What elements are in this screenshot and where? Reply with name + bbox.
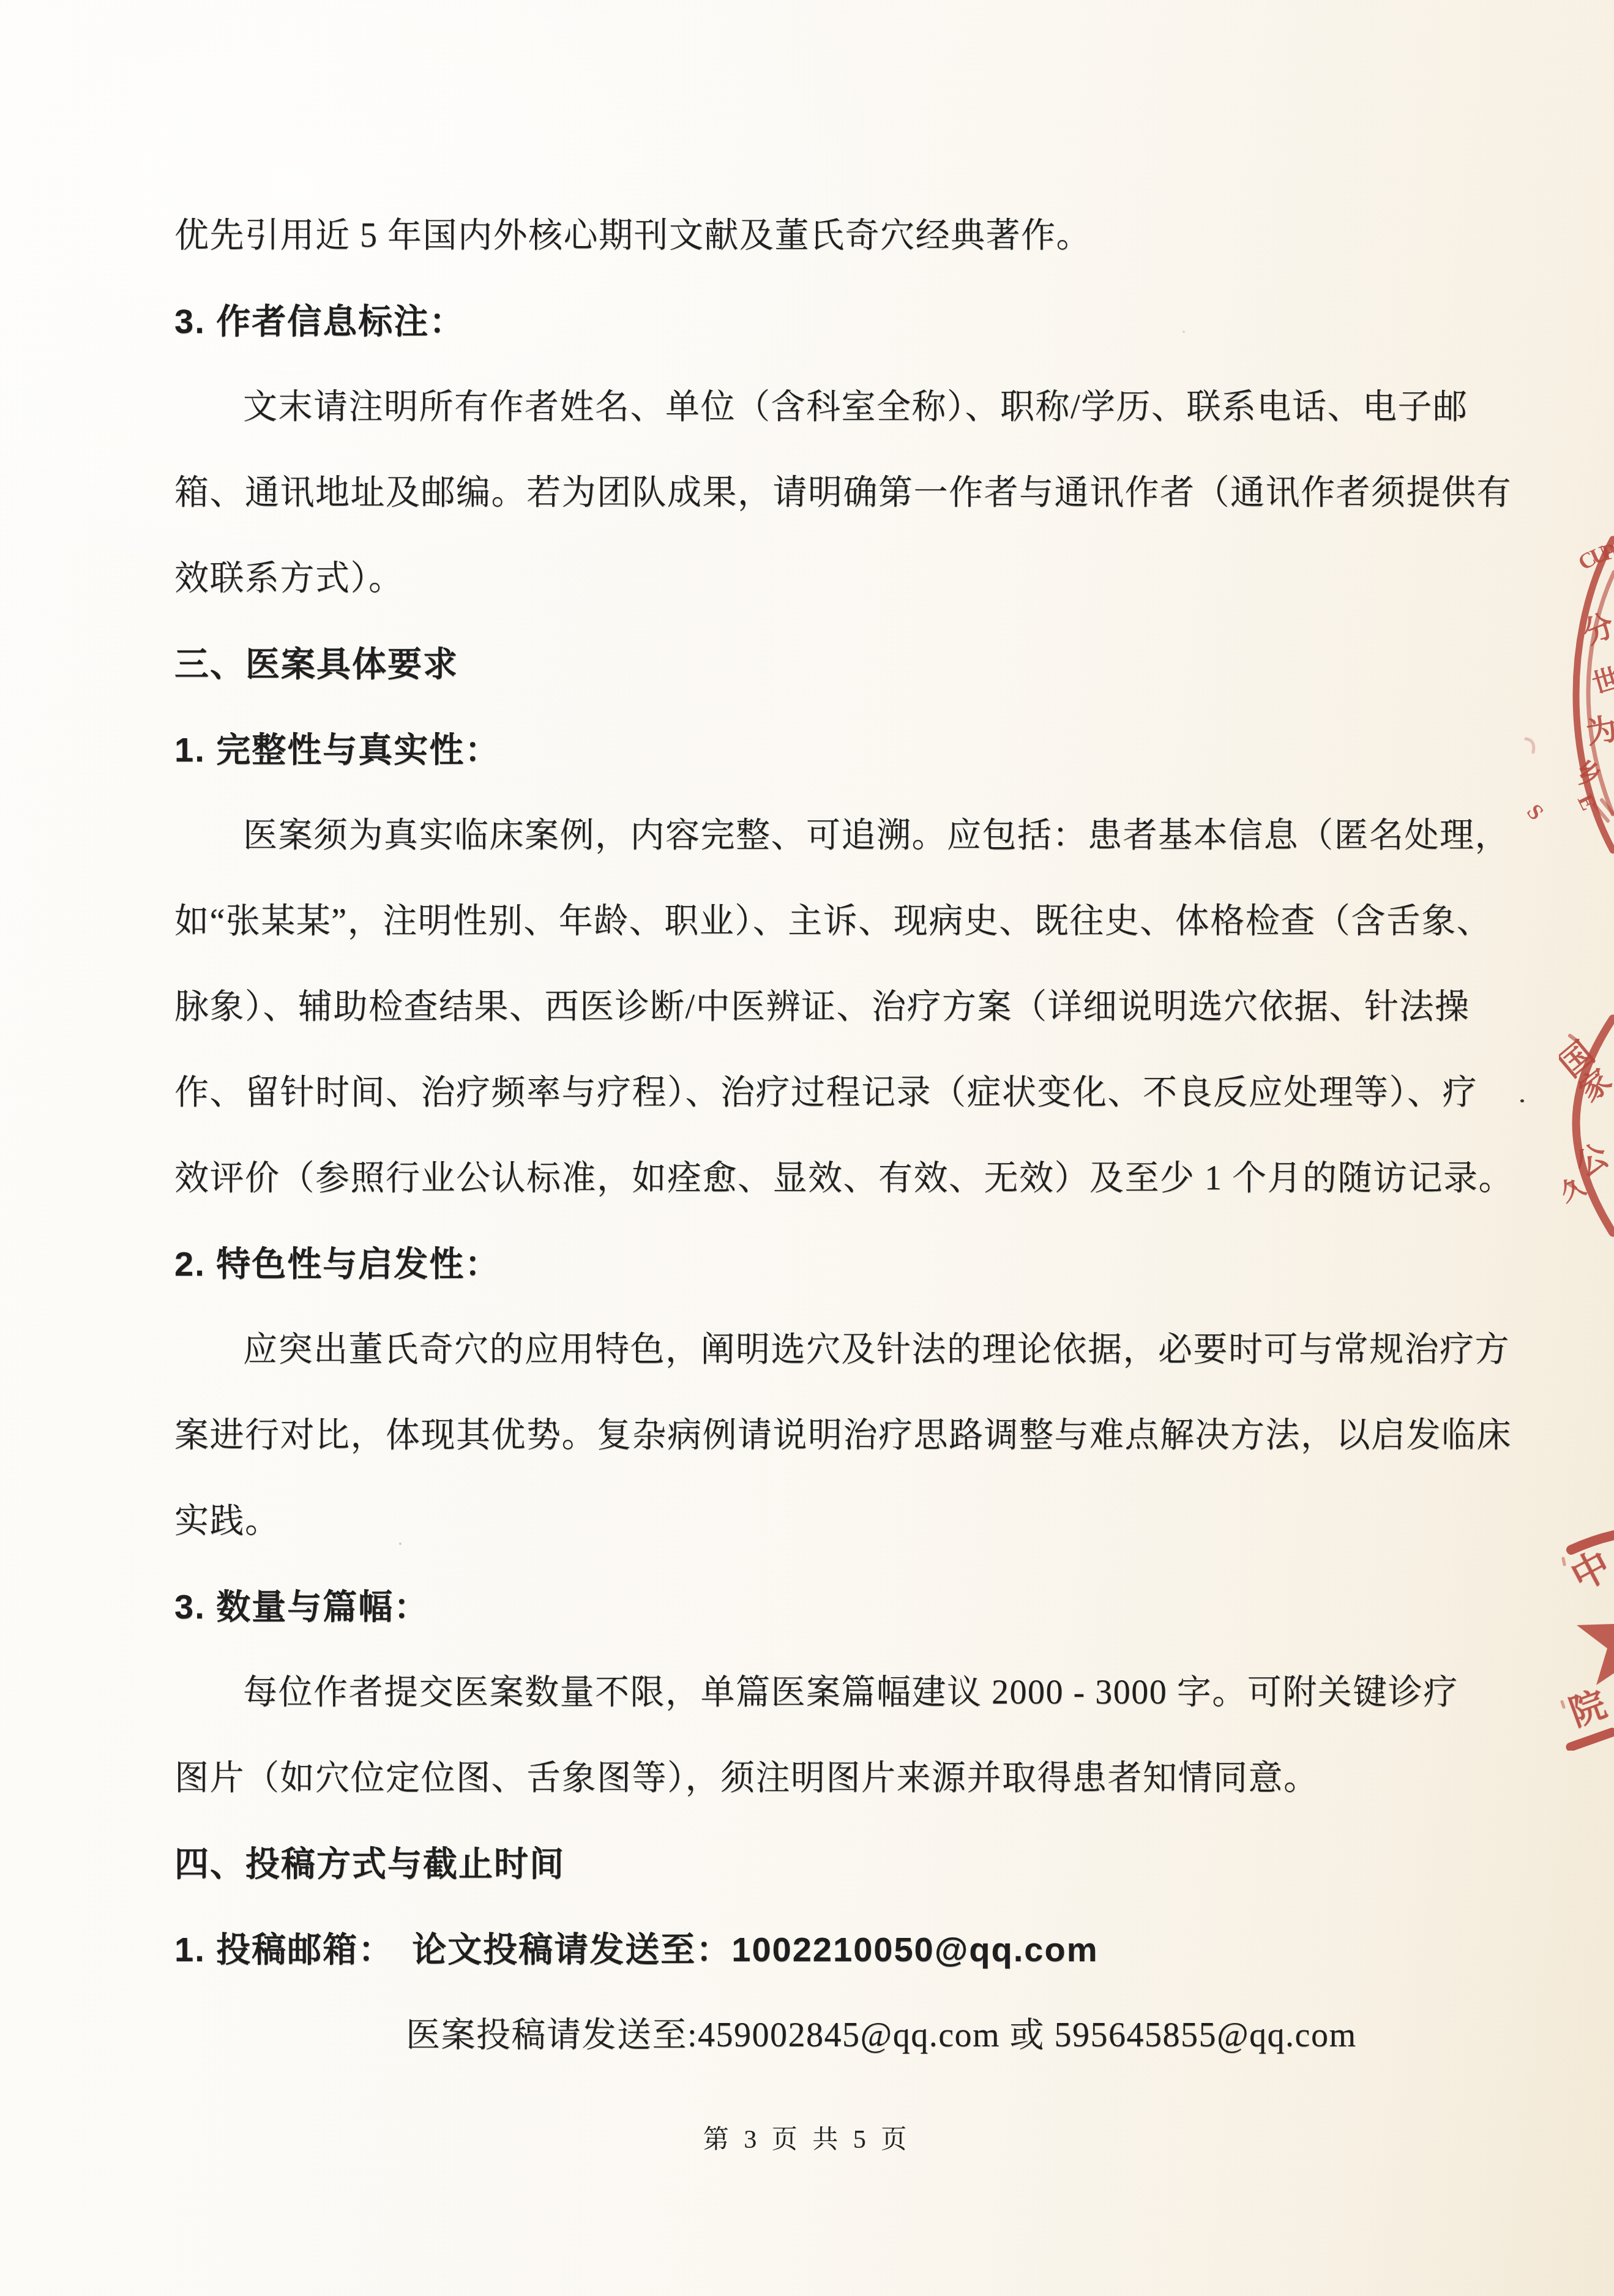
doc-line: 效联系方式）。 (0, 536, 1614, 621)
seal-letter: S (1522, 799, 1549, 825)
doc-line: 如“张某某”，注明性别、年龄、职业）、主诉、现病史、既往史、体格检查（含舌象、 (0, 878, 1614, 964)
doc-line-email: 1. 投稿邮箱： 论文投稿请发送至：1002210050@qq.com (0, 1907, 1614, 1992)
seal-tick-mark (1562, 1558, 1564, 1707)
seal-glyph: 乡 (1575, 758, 1604, 788)
document-body: 优先引用近 5 年国内外核心期刊文献及董氏奇穴经典著作。 3. 作者信息标注： … (0, 193, 1614, 2078)
doc-line: 案进行对比，体现其优势。复杂病例请说明治疗思路调整与难点解决方法，以启发临床 (0, 1393, 1614, 1478)
doc-line: 文末请注明所有作者姓名、单位（含科室全称）、职称/学历、联系电话、电子邮 (0, 364, 1614, 450)
seal-outer-arc (1571, 1732, 1612, 1747)
red-seal-top: C U P O 分 世 为 乡 S E (1516, 536, 1614, 854)
doc-line-heading: 3. 作者信息标注： (0, 279, 1614, 364)
doc-line-heading: 3. 数量与篇幅： (0, 1564, 1614, 1650)
star-icon (1577, 1588, 1614, 1685)
doc-line-heading: 四、投稿方式与截止时间 (0, 1821, 1614, 1907)
ink-speck (399, 1543, 402, 1545)
stray-ink-mark (1526, 739, 1534, 752)
seal-glyph: 为 (1583, 711, 1614, 750)
doc-line: 箱、通讯地址及邮编。若为团队成果，请明确第一作者与通讯作者（通讯作者须提供有 (0, 450, 1614, 536)
page-number-footer: 第 3 页 共 5 页 (0, 2125, 1614, 2155)
doc-line: 图片（如穴位定位图、舌象图等），须注明图片来源并取得患者知情同意。 (0, 1735, 1614, 1821)
seal-glyph: 院 (1564, 1684, 1612, 1733)
doc-line-email: 医案投稿请发送至:459002845@qq.com 或 595645855@qq… (0, 1992, 1614, 2078)
red-seal-middle-icon: 国 家 公 久 (1559, 1010, 1614, 1243)
doc-line: 效评价（参照行业公认标准，如痊愈、显效、有效、无效）及至少 1 个月的随访记录。 (0, 1135, 1614, 1221)
doc-line-heading: 2. 特色性与启发性： (0, 1221, 1614, 1307)
doc-line-heading: 1. 完整性与真实性： (0, 707, 1614, 793)
doc-line: 每位作者提交医案数量不限，单篇医案篇幅建议 2000 - 3000 字。可附关键… (0, 1650, 1614, 1735)
doc-line-heading: 三、医案具体要求 (0, 621, 1614, 707)
doc-line: 医案须为真实临床案例，内容完整、可追溯。应包括：患者基本信息（匿名处理， (0, 793, 1614, 878)
ink-speck (1182, 331, 1185, 333)
scanned-document-page: 优先引用近 5 年国内外核心期刊文献及董氏奇穴经典著作。 3. 作者信息标注： … (0, 0, 1614, 2296)
seal-glyph: 世 (1589, 663, 1614, 699)
doc-line: 脉象）、辅助检查结果、西医诊断/中医辨证、治疗方案（详细说明选穴依据、针法操 (0, 964, 1614, 1050)
doc-line: 实践。 (0, 1478, 1614, 1564)
red-seal-middle: 国 家 公 久 (1559, 1010, 1614, 1243)
doc-line: 作、留针时间、治疗频率与疗程）、治疗过程记录（症状变化、不良反应处理等）、疗 (0, 1050, 1614, 1135)
red-seal-bottom-icon: 中 院 (1556, 1518, 1614, 1751)
doc-line: 应突出董氏奇穴的应用特色，阐明选穴及针法的理论依据，必要时可与常规治疗方 (0, 1307, 1614, 1393)
ink-speck (1520, 1099, 1524, 1102)
red-seal-bottom: 中 院 (1556, 1518, 1614, 1751)
red-seal-top-icon: C U P O 分 世 为 乡 S E (1516, 536, 1614, 854)
doc-line: 优先引用近 5 年国内外核心期刊文献及董氏奇穴经典著作。 (0, 193, 1614, 279)
